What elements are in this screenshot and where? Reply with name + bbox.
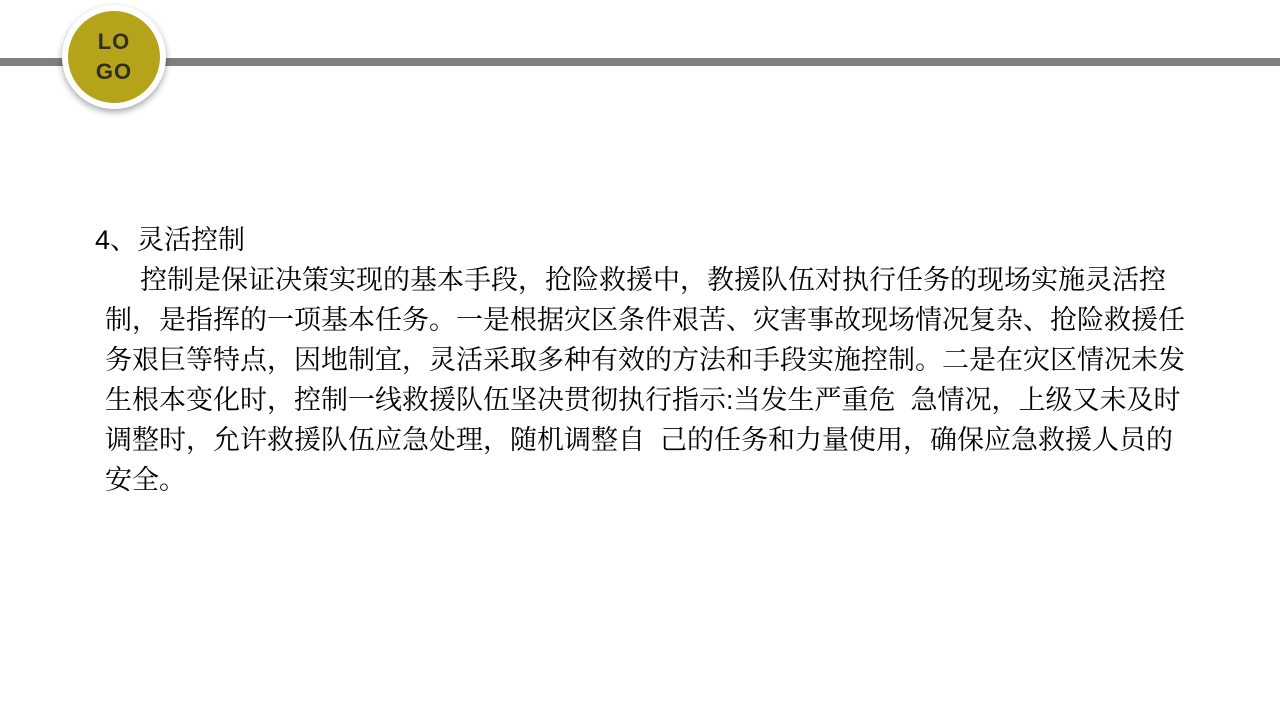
header-divider-bar <box>0 58 1280 66</box>
body-text-line-1: 控制是保证决策实现的基本手段，抢险救援中，教援队伍对执行任务的现场实施灵活控 <box>140 260 1215 300</box>
logo-text-line2: GO <box>96 57 132 87</box>
body-text-line-4: 生根本变化时，控制一线救援队伍坚决贯彻执行指示:当发生严重危 急情况，上级又未及… <box>105 380 1215 420</box>
slide-body-text: 4、灵活控制 控制是保证决策实现的基本手段，抢险救援中，教援队伍对执行任务的现场… <box>95 220 1215 500</box>
presentation-slide: LO GO 4、灵活控制 控制是保证决策实现的基本手段，抢险救援中，教援队伍对执… <box>0 0 1280 720</box>
body-text-line-3: 务艰巨等特点，因地制宜，灵活采取多种有效的方法和手段实施控制。二是在灾区情况未发 <box>105 340 1215 380</box>
body-text-line-2: 制，是指挥的一项基本任务。一是根据灾区条件艰苦、灾害事故现场情况复杂、抢险救援任 <box>105 300 1215 340</box>
logo-text-line1: LO <box>98 27 131 57</box>
body-text-line-5: 调整时，允许救援队伍应急处理，随机调整自 己的任务和力量使用，确保应急救援人员的 <box>105 420 1215 460</box>
logo-badge: LO GO <box>62 5 166 109</box>
body-text-line-6: 安全。 <box>105 460 1215 500</box>
section-heading: 4、灵活控制 <box>95 220 1215 260</box>
